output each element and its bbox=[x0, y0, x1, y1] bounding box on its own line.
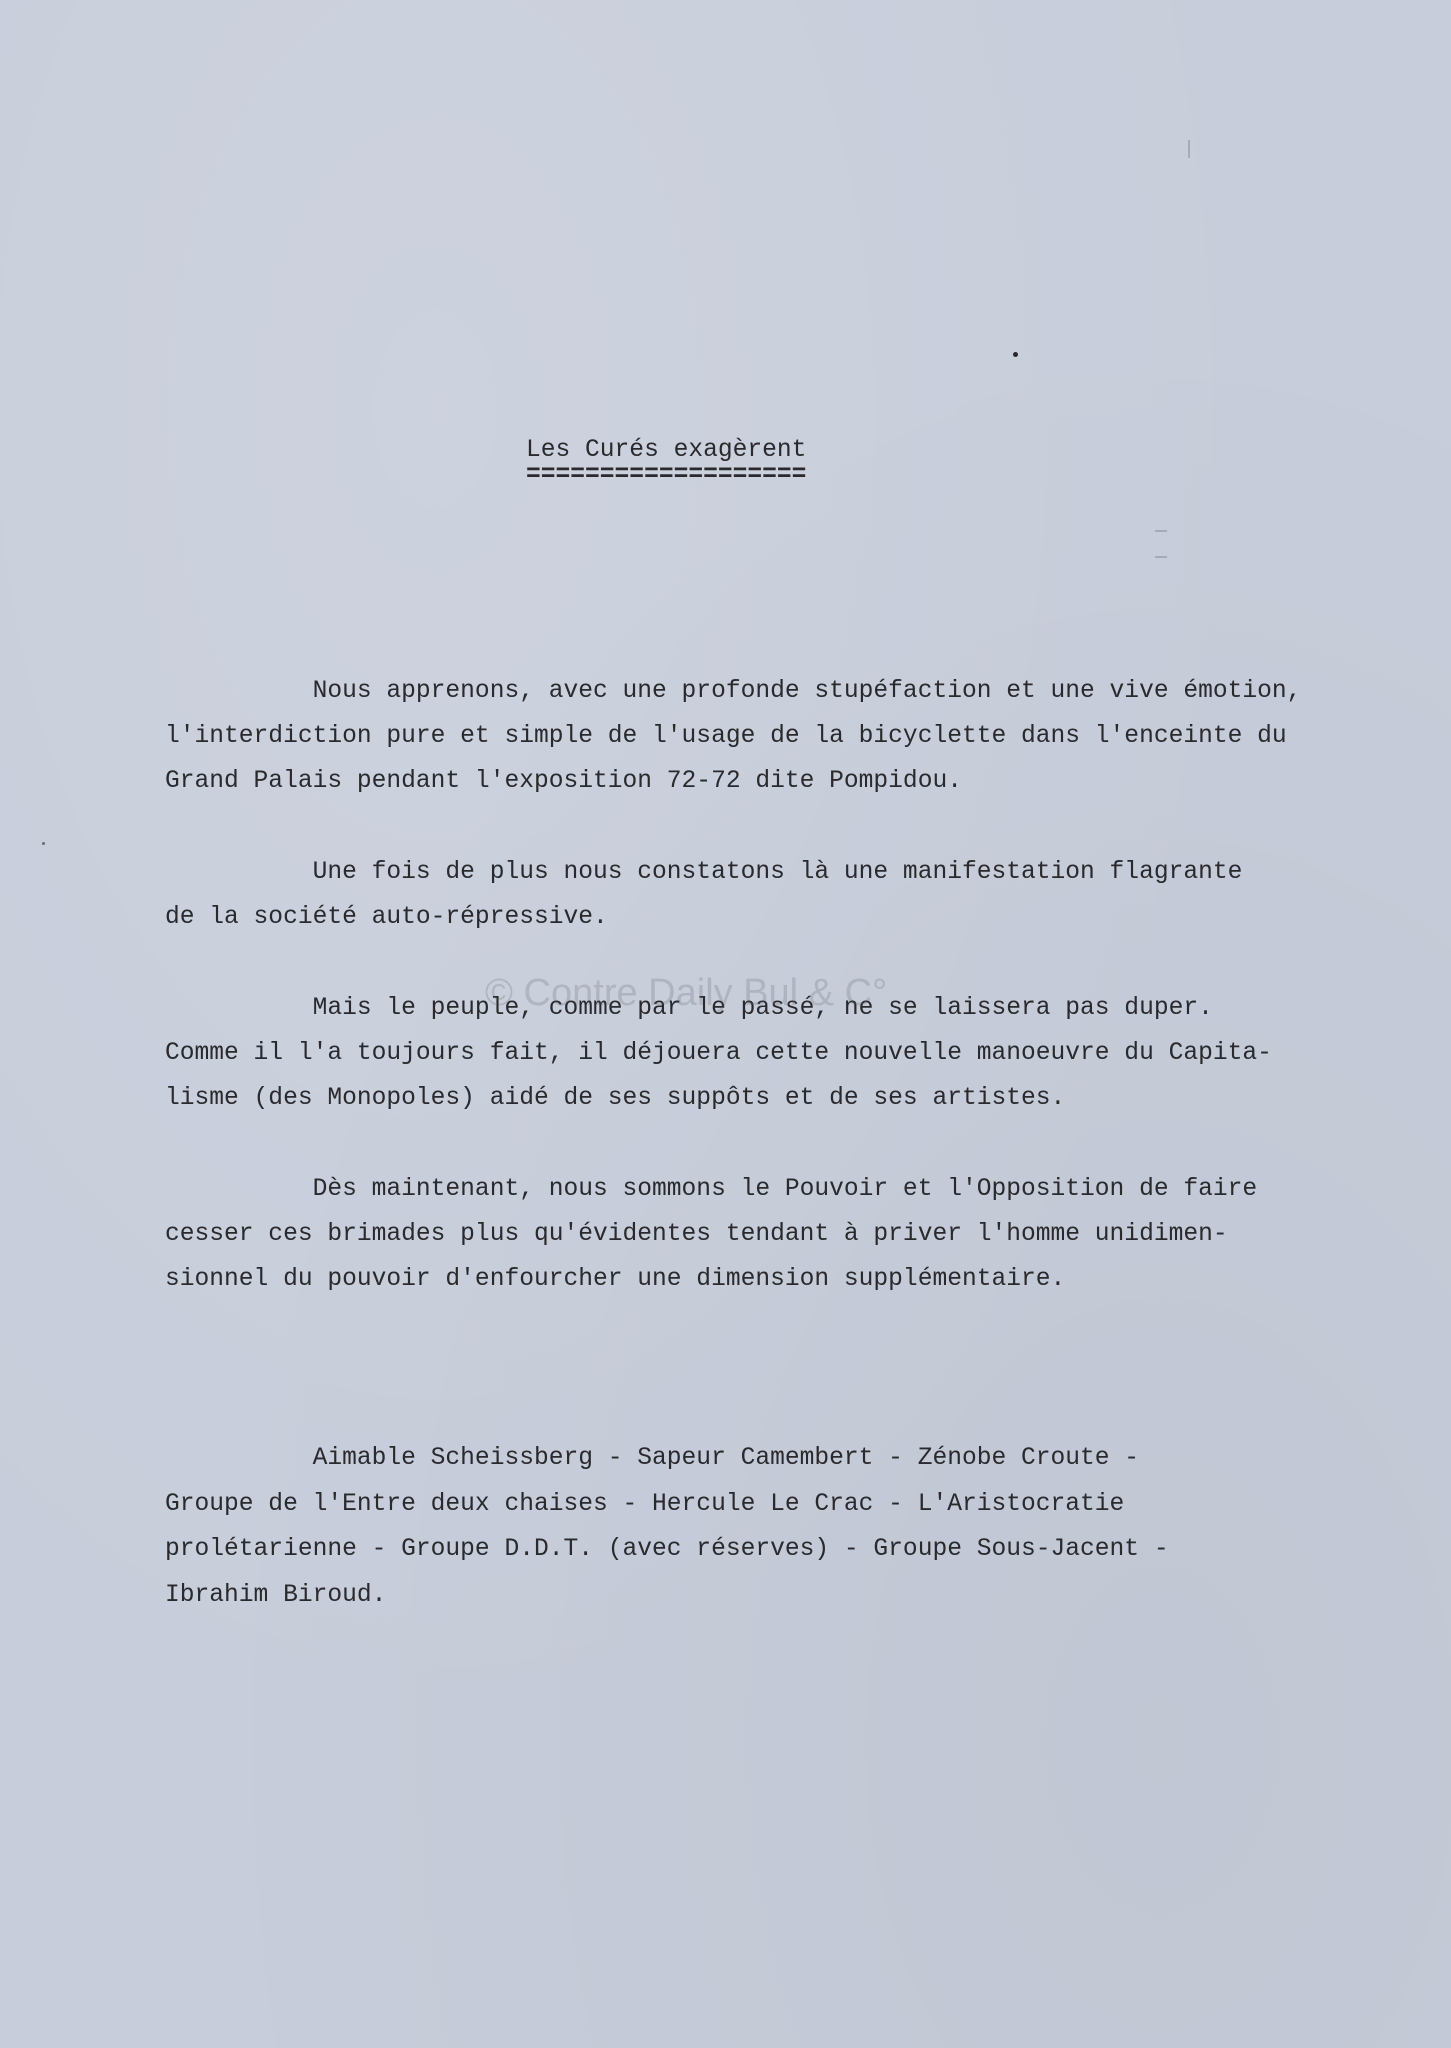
paragraph-2-line-1: Une fois de plus nous constatons là une … bbox=[165, 858, 1242, 888]
ink-speck bbox=[42, 842, 45, 845]
paragraph-3-line-3: lisme (des Monopoles) aidé de ses suppôt… bbox=[165, 1084, 1065, 1114]
paragraph-2-line-2: de la société auto-répressive. bbox=[165, 903, 608, 933]
paragraph-1-line-1: Nous apprenons, avec une profonde stupéf… bbox=[165, 677, 1301, 707]
paragraph-1-line-2: l'interdiction pure et simple de l'usage… bbox=[165, 722, 1287, 752]
paper-background bbox=[0, 0, 1451, 2048]
faint-mark bbox=[1155, 556, 1167, 558]
ink-speck bbox=[1013, 352, 1018, 357]
paragraph-4-line-2: cesser ces brimades plus qu'évidentes te… bbox=[165, 1220, 1228, 1250]
paragraph-3-line-1: Mais le peuple, comme par le passé, ne s… bbox=[165, 994, 1213, 1024]
signatories-line-1: Aimable Scheissberg - Sapeur Camembert -… bbox=[165, 1444, 1139, 1474]
paragraph-4-line-1: Dès maintenant, nous sommons le Pouvoir … bbox=[165, 1175, 1257, 1205]
signatories-line-2: Groupe de l'Entre deux chaises - Hercule… bbox=[165, 1490, 1124, 1520]
faint-mark bbox=[1155, 530, 1167, 532]
signatories-line-4: Ibrahim Biroud. bbox=[165, 1581, 386, 1611]
faint-mark bbox=[1188, 140, 1190, 158]
paragraph-1-line-3: Grand Palais pendant l'exposition 72-72 … bbox=[165, 767, 962, 797]
title-underline: =================== bbox=[526, 465, 806, 487]
paragraph-4-line-3: sionnel du pouvoir d'enfourcher une dime… bbox=[165, 1265, 1065, 1295]
signatories-line-3: prolétarienne - Groupe D.D.T. (avec rése… bbox=[165, 1535, 1169, 1565]
paragraph-3-line-2: Comme il l'a toujours fait, il déjouera … bbox=[165, 1039, 1272, 1069]
